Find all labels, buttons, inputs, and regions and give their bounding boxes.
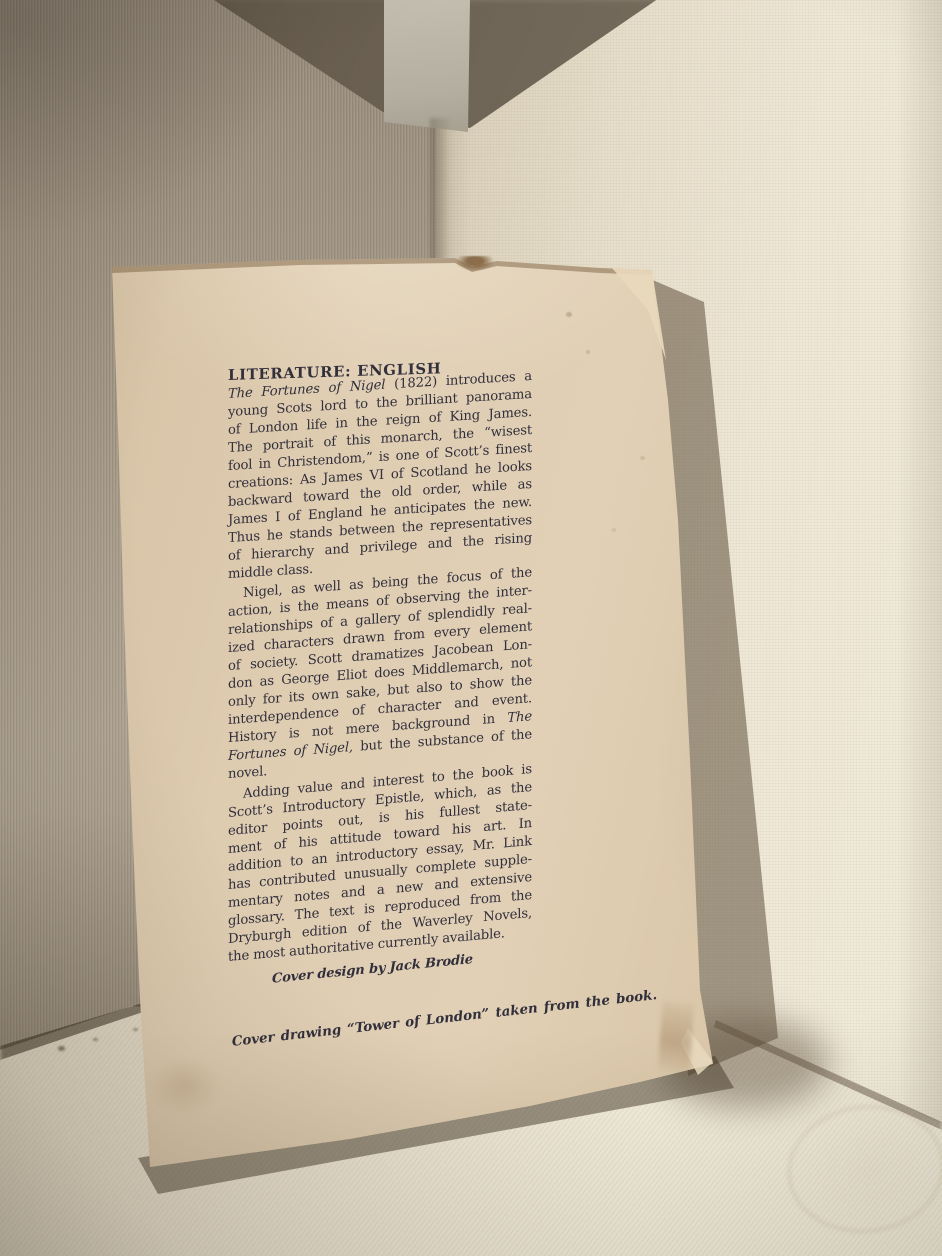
blurb-paragraph: Adding value and interest to the book is… <box>228 761 532 967</box>
book-stain-smudge <box>148 1058 220 1114</box>
foxing-spot <box>586 350 590 354</box>
book-stain-streak <box>658 1001 695 1075</box>
foxing-spot <box>640 456 645 460</box>
foxing-spot <box>612 528 616 532</box>
blurb-paragraph: The Fortunes of Nigel (1822) introduces … <box>228 368 532 584</box>
blurb: The Fortunes of Nigel (1822) introduces … <box>228 368 532 967</box>
back-cover-text-block: LITERATURE: ENGLISH The Fortunes of Nige… <box>228 348 532 992</box>
blurb-paragraph: Nigel, as well as being the focus of the… <box>228 564 532 784</box>
floor-debris-specks <box>58 1046 65 1051</box>
photo-scene: LITERATURE: ENGLISH The Fortunes of Nige… <box>0 0 942 1256</box>
foxing-spot <box>566 312 572 317</box>
wall-corner-beam <box>374 0 476 136</box>
book-edge-chip <box>456 256 494 271</box>
